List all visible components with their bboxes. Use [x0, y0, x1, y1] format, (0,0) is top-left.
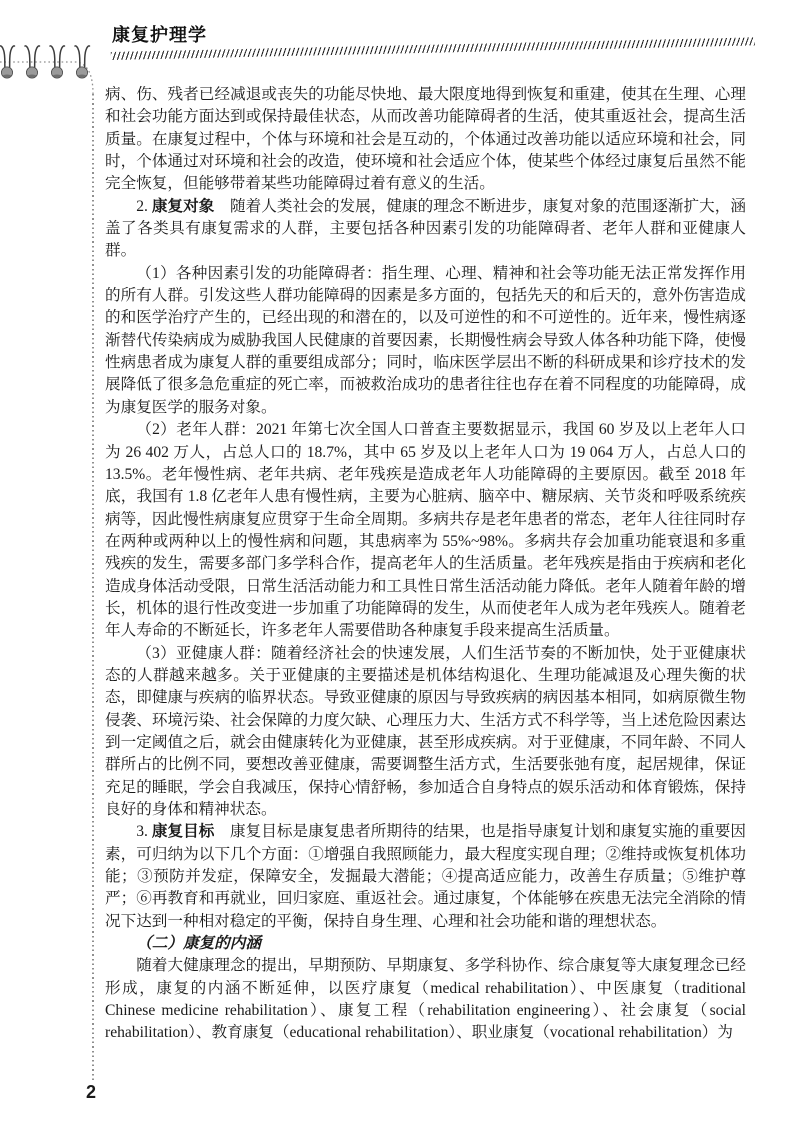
- text-run: 3.: [136, 823, 152, 840]
- paragraph: 随着大健康理念的提出，早期预防、早期康复、多学科协作、综合康复等大康复理念已经形…: [105, 955, 746, 1044]
- paragraph: （3）亚健康人群：随着经济社会的快速发展，人们生活节奏的不断加快，处于亚健康状态…: [105, 643, 746, 822]
- section-subheading: （二）康复的内涵: [105, 933, 746, 955]
- paragraph: 3. 康复目标 康复目标是康复患者所期待的结果，也是指导康复计划和康复实施的重要…: [105, 821, 746, 933]
- text-run: （2）老年人群：2021 年第七次全国人口普查主要数据显示，我国 60 岁及以上…: [105, 421, 746, 639]
- text-run: （3）亚健康人群：随着经济社会的快速发展，人们生活节奏的不断加快，处于亚健康状态…: [105, 645, 746, 818]
- text-run: 病、伤、残者已经减退或丧失的功能尽快地、最大限度地得到恢复和重建，使其在生理、心…: [105, 86, 746, 192]
- paragraph: （2）老年人群：2021 年第七次全国人口普查主要数据显示，我国 60 岁及以上…: [105, 419, 746, 642]
- bold-term: 康复目标: [152, 823, 215, 840]
- page-body: 病、伤、残者已经减退或丧失的功能尽快地、最大限度地得到恢复和重建，使其在生理、心…: [105, 84, 746, 1045]
- text-run: 随着大健康理念的提出，早期预防、早期康复、多学科协作、综合康复等大康复理念已经形…: [105, 957, 746, 1041]
- margin-dotted-line: [92, 94, 94, 1080]
- page-header-title: 康复护理学: [112, 21, 207, 47]
- header-hatch-rule: [111, 37, 755, 60]
- textbook-page: 康复护理学 病、伤、残者已: [0, 0, 800, 1131]
- text-run: （1）各种因素引发的功能障碍者：指生理、心理、精神和社会等功能无法正常发挥作用的…: [105, 265, 746, 416]
- page-number: 2: [86, 1082, 96, 1103]
- text-run: 2.: [136, 198, 152, 215]
- paragraph: 病、伤、残者已经减退或丧失的功能尽快地、最大限度地得到恢复和重建，使其在生理、心…: [105, 84, 746, 196]
- paragraph: （1）各种因素引发的功能障碍者：指生理、心理、精神和社会等功能无法正常发挥作用的…: [105, 263, 746, 419]
- paragraph: 2. 康复对象 随着人类社会的发展，健康的理念不断进步，康复对象的范围逐渐扩大，…: [105, 196, 746, 263]
- bold-term: 康复对象: [152, 198, 215, 215]
- text-run: （二）康复的内涵: [136, 935, 261, 952]
